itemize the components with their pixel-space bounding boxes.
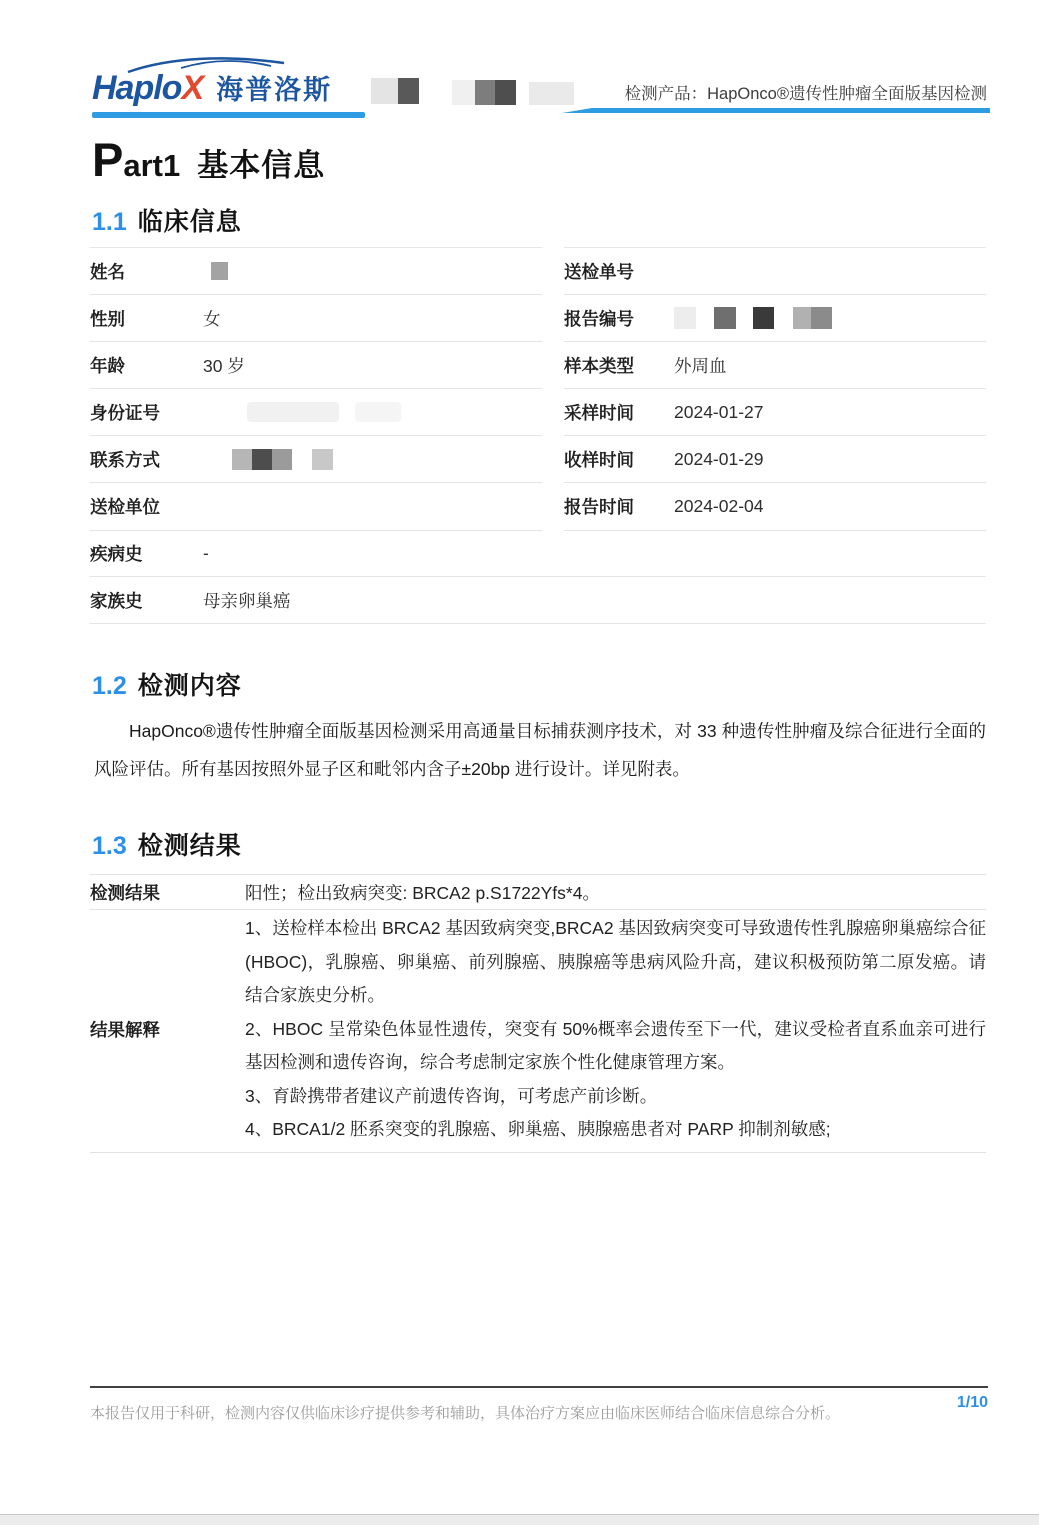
logo-text-x: X — [181, 69, 204, 108]
page-bottom-edge — [0, 1514, 1039, 1525]
redaction-block — [398, 78, 419, 104]
table-row-test-result: 检测结果 阳性；检出致病突变: BRCA2 p.S1722Yfs*4。 — [90, 874, 986, 910]
receiving-date-value: 2024-01-29 — [674, 449, 764, 470]
table-row-name: 姓名 — [90, 248, 542, 295]
page-number: 1/10 — [957, 1394, 988, 1412]
section-number: 1.3 — [92, 832, 127, 861]
redaction-block — [793, 307, 811, 329]
part1-title: 基本信息 — [197, 140, 325, 185]
result-interpretation-value: 1、送检样本检出 BRCA2 基因致病突变,BRCA2 基因致病突变可导致遗传性… — [245, 912, 986, 1147]
disease-history-value: - — [203, 543, 209, 564]
footer-divider — [90, 1386, 988, 1388]
header-divider-right — [562, 108, 990, 113]
report-number-value — [674, 307, 832, 329]
interpretation-point: 2、HBOC 呈常染色体显性遗传，突变有 50%概率会遗传至下一代，建议受检者直… — [245, 1013, 986, 1080]
part1-heading: P art1 基本信息 — [92, 132, 325, 187]
section-number: 1.1 — [92, 208, 127, 237]
table-row-age: 年龄 30 岁 — [90, 342, 542, 389]
footer-disclaimer: 本报告仅用于科研，检测内容仅供临床诊疗提供参考和辅助，具体治疗方案应由临床医师结… — [90, 1394, 840, 1423]
section-title: 检测结果 — [138, 826, 242, 862]
result-table: 检测结果 阳性；检出致病突变: BRCA2 p.S1722Yfs*4。 结果解释… — [90, 874, 986, 1153]
redaction-block — [714, 307, 736, 329]
redaction-block — [753, 307, 774, 329]
redaction-block — [475, 80, 495, 105]
interpretation-point: 3、育龄携带者建议产前遗传咨询，可考虑产前诊断。 — [245, 1080, 986, 1114]
section-number: 1.2 — [92, 672, 127, 701]
table-row-report-number: 报告编号 — [564, 295, 986, 342]
table-row-sampling-date: 采样时间 2024-01-27 — [564, 389, 986, 436]
logo-text-chinese: 海普洛斯 — [216, 68, 332, 107]
section-1-1-heading: 1.1 临床信息 — [92, 202, 242, 238]
table-row-sex: 性别 女 — [90, 295, 542, 342]
clinical-left-column: 姓名 性别 女 年龄 30 岁 身份证号 — [90, 247, 542, 531]
table-row-sample-type: 样本类型 外周血 — [564, 342, 986, 389]
redaction-block — [272, 449, 292, 470]
redaction-block — [252, 449, 272, 470]
test-content-paragraph: HapOnco®遗传性肿瘤全面版基因检测采用高通量目标捕获测序技术，对 33 种… — [94, 712, 986, 788]
id-number-value — [203, 402, 401, 422]
report-date-value: 2024-02-04 — [674, 496, 764, 517]
contact-value — [203, 449, 333, 470]
redaction-block — [247, 402, 339, 422]
clinical-right-column: 送检单号 报告编号 样本类型 外周血 — [564, 247, 986, 531]
name-value — [203, 262, 228, 280]
product-name-label: 检测产品：HapOnco®遗传性肿瘤全面版基因检测 — [625, 80, 987, 104]
interpretation-point: 1、送检样本检出 BRCA2 基因致病突变,BRCA2 基因致病突变可导致遗传性… — [245, 912, 986, 1013]
table-row-family-history: 家族史 母亲卵巢癌 — [90, 577, 986, 624]
footer: 本报告仅用于科研，检测内容仅供临床诊疗提供参考和辅助，具体治疗方案应由临床医师结… — [90, 1394, 988, 1423]
redaction-block — [211, 262, 228, 280]
section-1-2-heading: 1.2 检测内容 — [92, 666, 242, 702]
header-divider-left — [92, 112, 365, 118]
table-row-order-number: 送检单号 — [564, 248, 986, 295]
clinical-full-width-rows: 疾病史 - 家族史 母亲卵巢癌 — [90, 530, 986, 624]
table-row-result-interpretation: 结果解释 1、送检样本检出 BRCA2 基因致病突变,BRCA2 基因致病突变可… — [90, 910, 986, 1153]
sex-value: 女 — [203, 306, 221, 331]
table-row-receiving-date: 收样时间 2024-01-29 — [564, 436, 986, 483]
table-row-submitting-unit: 送检单位 — [90, 483, 542, 530]
table-row-disease-history: 疾病史 - — [90, 530, 986, 577]
section-title: 检测内容 — [138, 666, 242, 702]
table-row-contact: 联系方式 — [90, 436, 542, 483]
redaction-block — [452, 80, 475, 105]
interpretation-point: 4、BRCA1/2 胚系突变的乳腺癌、卵巢癌、胰腺癌患者对 PARP 抑制剂敏感… — [245, 1113, 986, 1147]
redaction-block — [495, 80, 516, 105]
redaction-block — [355, 402, 401, 422]
part1-suffix: art1 — [123, 148, 180, 184]
section-title: 临床信息 — [138, 202, 242, 238]
redaction-block — [312, 449, 333, 470]
redaction-block — [371, 78, 398, 104]
redaction-block — [674, 307, 696, 329]
redaction-block — [232, 449, 252, 470]
family-history-value: 母亲卵巢癌 — [203, 588, 291, 613]
clinical-info-table: 姓名 性别 女 年龄 30 岁 身份证号 — [90, 247, 986, 624]
test-result-value: 阳性；检出致病突变: BRCA2 p.S1722Yfs*4。 — [245, 880, 600, 905]
report-page: HaploX 海普洛斯 检测产品：HapOnco®遗传性肿瘤全面版基因检测 P … — [0, 0, 1039, 1525]
redaction-block — [529, 82, 574, 105]
logo-text-latin: Haplo — [92, 69, 181, 108]
table-row-report-date: 报告时间 2024-02-04 — [564, 483, 986, 530]
sampling-date-value: 2024-01-27 — [674, 402, 764, 423]
table-row-id-number: 身份证号 — [90, 389, 542, 436]
section-1-3-heading: 1.3 检测结果 — [92, 826, 242, 862]
age-value: 30 岁 — [203, 353, 245, 378]
part1-prefix: P — [92, 132, 123, 187]
sample-type-value: 外周血 — [674, 353, 727, 378]
redaction-block — [811, 307, 832, 329]
